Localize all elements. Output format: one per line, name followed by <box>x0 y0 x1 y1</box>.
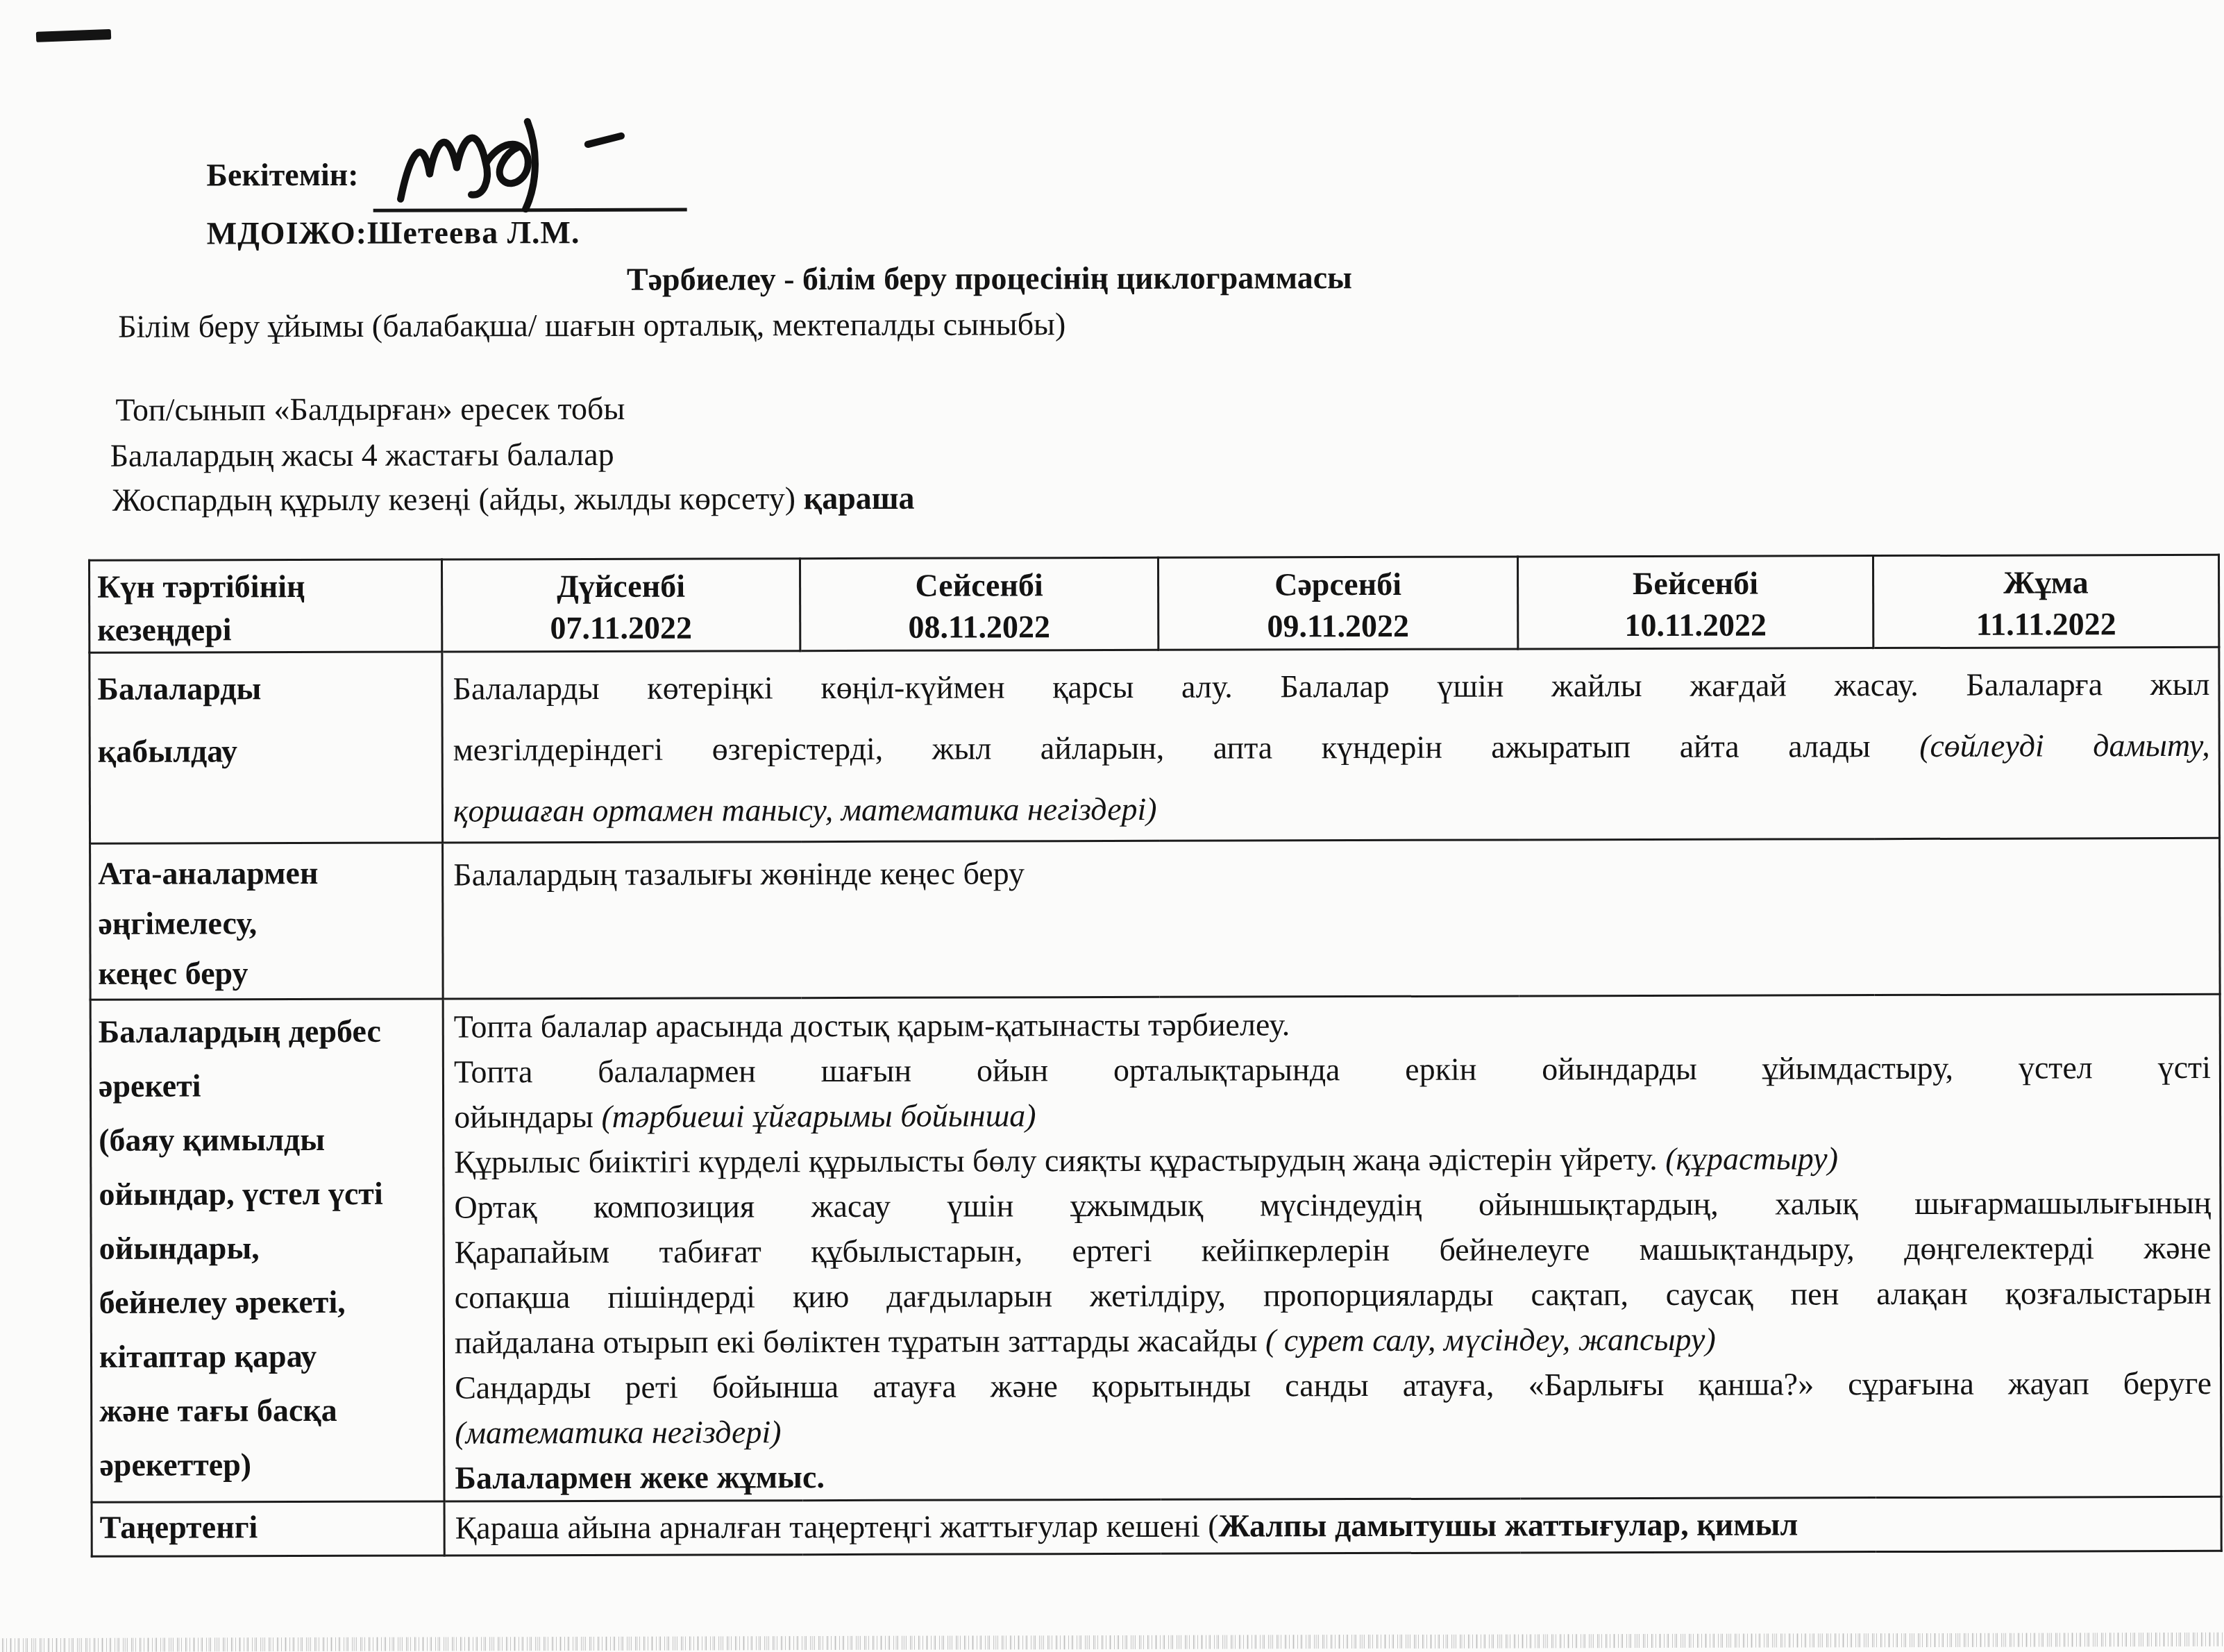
day-name: Сәрсенбі <box>1160 563 1516 605</box>
day-date: 10.11.2022 <box>1519 604 1871 646</box>
table-row-reception: Балалардықабылдау Балаларды көтеріңкі кө… <box>90 647 2220 843</box>
table-row-parent-talk: Ата-аналарменәңгімелесу,кеңес беру Балал… <box>90 838 2221 1000</box>
approver-name: МДОІЖО:Шетеева Л.М. <box>207 214 580 251</box>
header-day-thursday: Бейсенбі 10.11.2022 <box>1517 556 1873 649</box>
row-content-independent-activity: Топта балалар арасында достық қарым-қаты… <box>443 994 2221 1501</box>
header-day-monday: Дүйсенбі 07.11.2022 <box>441 559 800 652</box>
row-content-morning: Қараша айына арналған таңертеңгі жаттығу… <box>444 1497 2221 1556</box>
period-label: Жоспардың құрылу кезеңі (айды, жылды көр… <box>112 480 804 518</box>
row-content-parent-talk: Балалардың тазалығы жөнінде кеңес беру <box>443 838 2221 999</box>
header-day-tuesday: Сейсенбі 08.11.2022 <box>800 557 1158 650</box>
approve-label: Бекітемін: <box>206 156 358 194</box>
header-day-wednesday: Сәрсенбі 09.11.2022 <box>1158 557 1517 650</box>
org-line: Білім беру ұйымы (балабақша/ шағын ортал… <box>118 305 1065 345</box>
header-day-friday: Жұма 11.11.2022 <box>1873 555 2218 648</box>
info-line-group: Топ/сынып «Балдырған» ересек тобы <box>115 390 625 428</box>
table-row-independent-activity: Балалардың дербесәрекеті(баяу қимылдыойы… <box>90 994 2221 1502</box>
row-content-reception: Балаларды көтеріңкі көңіл-күймен қарсы а… <box>442 647 2220 843</box>
day-date: 09.11.2022 <box>1160 605 1516 647</box>
doc-title: Тәрбиелеу - білім беру процесінің циклог… <box>627 259 1352 298</box>
day-name: Бейсенбі <box>1519 562 1871 605</box>
bottom-scan-artifact <box>2 1633 2224 1652</box>
row-label-independent-activity: Балалардың дербесәрекеті(баяу қимылдыойы… <box>90 999 444 1502</box>
day-date: 07.11.2022 <box>444 607 798 649</box>
day-name: Жұма <box>1875 562 2217 604</box>
signature <box>383 111 682 216</box>
day-name: Сейсенбі <box>802 564 1156 607</box>
row-label-morning: Таңертенгі <box>92 1501 444 1556</box>
scanner-edge-mark <box>36 29 111 42</box>
day-date: 08.11.2022 <box>802 606 1156 648</box>
row-label-reception: Балалардықабылдау <box>90 652 443 843</box>
table-header-row: Күн тәртібініңкезеңдері Дүйсенбі 07.11.2… <box>89 555 2218 652</box>
scanned-document-page: Бекітемін: МДОІЖО:Шетеева Л.М. Тәрбиелеу… <box>0 0 2224 1652</box>
day-date: 11.11.2022 <box>1875 603 2217 646</box>
table-row-morning: Таңертенгі Қараша айына арналған таңерте… <box>92 1497 2221 1556</box>
header-col-day-regime: Күн тәртібініңкезеңдері <box>89 559 441 652</box>
period-value: қараша <box>804 480 915 516</box>
day-name: Дүйсенбі <box>444 565 798 607</box>
info-line-age: Балалардың жасы 4 жастағы балалар <box>110 436 614 474</box>
row-label-parent-talk: Ата-аналарменәңгімелесу,кеңес беру <box>90 843 444 1000</box>
cyclogram-table: Күн тәртібініңкезеңдері Дүйсенбі 07.11.2… <box>88 554 2223 1558</box>
info-line-period: Жоспардың құрылу кезеңі (айды, жылды көр… <box>112 480 915 519</box>
